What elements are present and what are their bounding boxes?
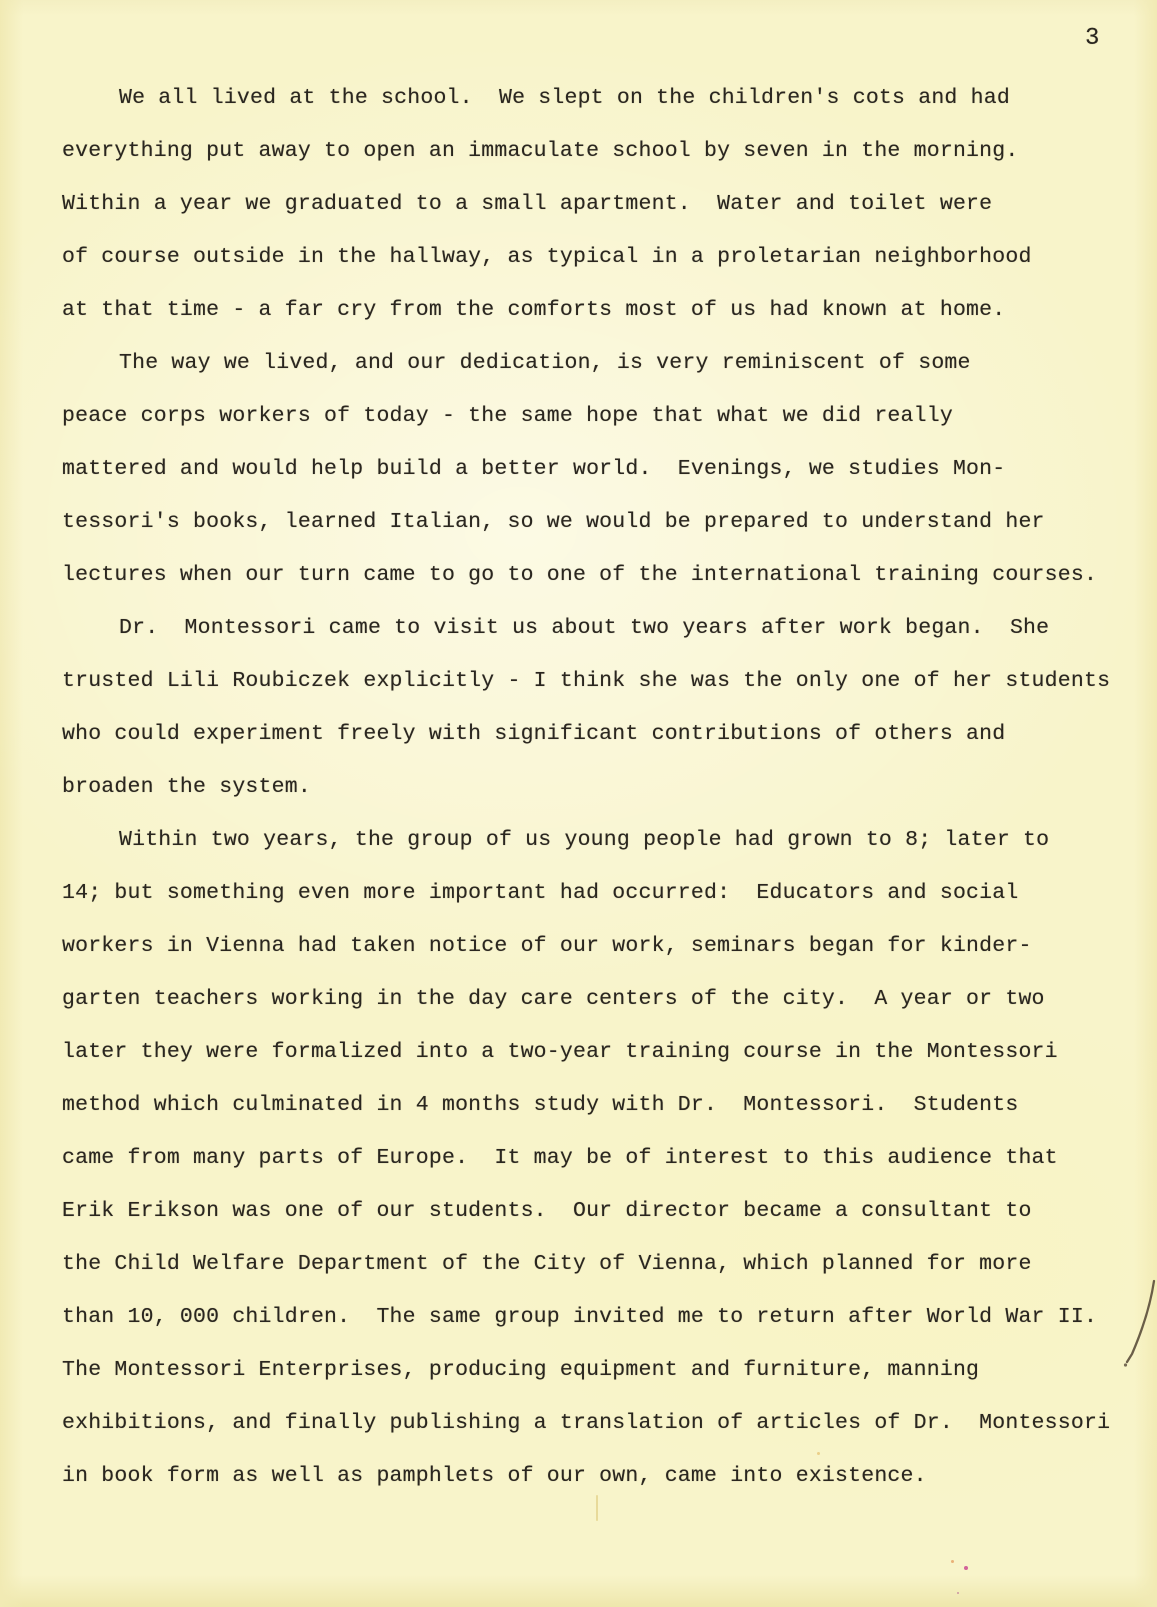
handwritten-pen-mark <box>1116 1276 1157 1372</box>
text-line: We all lived at the school. We slept on … <box>62 72 1132 125</box>
text-line: lectures when our turn came to go to one… <box>62 549 1132 602</box>
text-line: came from many parts of Europe. It may b… <box>62 1132 1132 1185</box>
text-line: the Child Welfare Department of the City… <box>62 1238 1132 1291</box>
text-line: of course outside in the hallway, as typ… <box>62 231 1132 284</box>
text-line: Within two years, the group of us young … <box>62 814 1132 867</box>
text-line: The Montessori Enterprises, producing eq… <box>62 1344 1132 1397</box>
text-line: The way we lived, and our dedication, is… <box>62 337 1132 390</box>
text-line: than 10, 000 children. The same group in… <box>62 1291 1132 1344</box>
text-line: at that time - a far cry from the comfor… <box>62 284 1132 337</box>
text-line: who could experiment freely with signifi… <box>62 708 1132 761</box>
paper-speck <box>964 1566 968 1570</box>
text-line: peace corps workers of today - the same … <box>62 390 1132 443</box>
text-line: garten teachers working in the day care … <box>62 973 1132 1026</box>
paper-speck <box>957 1592 959 1594</box>
text-line: mattered and would help build a better w… <box>62 443 1132 496</box>
text-line: Erik Erikson was one of our students. Ou… <box>62 1185 1132 1238</box>
text-line: 14; but something even more important ha… <box>62 867 1132 920</box>
text-line: method which culminated in 4 months stud… <box>62 1079 1132 1132</box>
text-line: broaden the system. <box>62 761 1132 814</box>
text-line: exhibitions, and finally publishing a tr… <box>62 1397 1132 1450</box>
text-line: tessori's books, learned Italian, so we … <box>62 496 1132 549</box>
typewritten-body: We all lived at the school. We slept on … <box>62 72 1132 1503</box>
text-line: later they were formalized into a two-ye… <box>62 1026 1132 1079</box>
text-line: Dr. Montessori came to visit us about tw… <box>62 602 1132 655</box>
page-number: 3 <box>1085 25 1099 52</box>
text-line: trusted Lili Roubiczek explicitly - I th… <box>62 655 1132 708</box>
paper-speck <box>951 1560 954 1563</box>
text-line: everything put away to open an immaculat… <box>62 125 1132 178</box>
paper-fiber-streak <box>596 1495 598 1521</box>
text-line: workers in Vienna had taken notice of ou… <box>62 920 1132 973</box>
paper-speck <box>817 1452 820 1455</box>
text-line: Within a year we graduated to a small ap… <box>62 178 1132 231</box>
text-lines: We all lived at the school. We slept on … <box>62 72 1132 1503</box>
